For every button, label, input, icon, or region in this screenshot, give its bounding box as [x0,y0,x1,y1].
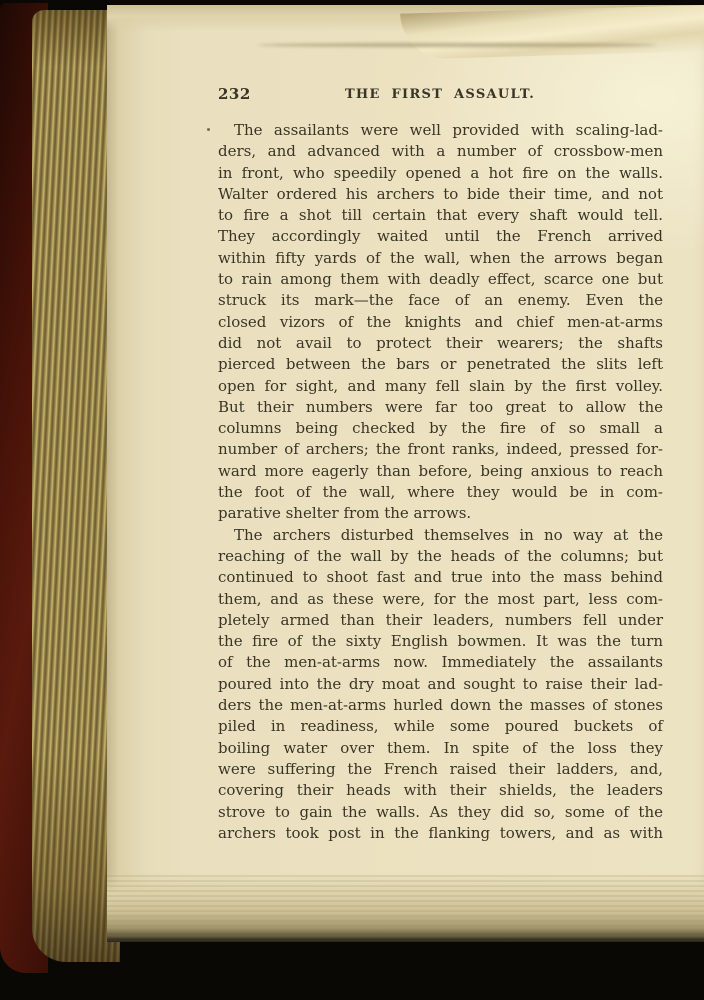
text-line: parative shelter from the arrows. [218,503,663,524]
text-line: struck its mark—the face of an enemy. Ev… [218,290,663,311]
page-bottom-edges [107,872,704,942]
text-line: the fire of the sixty English bowmen. It… [218,631,663,652]
text-line: pierced between the bars or penetrated t… [218,354,663,375]
text-line: Walter ordered his archers to bide their… [218,184,663,205]
text-line: piled in readiness, while some poured bu… [218,716,663,737]
text-line: covering their heads with their shields,… [218,780,663,801]
text-line: to rain among them with deadly effect, s… [218,269,663,290]
text-line: ward more eagerly than before, being anx… [218,461,663,482]
text-line: them, and as these were, for the most pa… [218,589,663,610]
text-line: The assailants were well provided with s… [218,120,663,141]
text-line: strove to gain the walls. As they did so… [218,802,663,823]
ink-speck [207,128,210,131]
text-line: ders the men-at-arms hurled down the mas… [218,695,663,716]
text-line: in front, who speedily opened a hot fire… [218,163,663,184]
text-line: The archers disturbed themselves in no w… [218,525,663,546]
paragraph: The archers disturbed themselves in no w… [218,525,663,844]
running-head: 232 THE FIRST ASSAULT. [218,85,662,103]
text-line: did not avail to protect their wearers; … [218,333,663,354]
text-line: boiling water over them. In spite of the… [218,738,663,759]
paragraph: The assailants were well provided with s… [218,120,663,525]
text-line: closed vizors of the knights and chief m… [218,312,663,333]
running-header-title: THE FIRST ASSAULT. [218,85,662,102]
text-line: to fire a shot till certain that every s… [218,205,663,226]
text-line: reaching of the wall by the heads of the… [218,546,663,567]
page-curl-shadow [257,43,657,47]
page-number: 232 [218,85,251,103]
text-line: of the men-at-arms now. Immediately the … [218,652,663,673]
text-line: archers took post in the flanking towers… [218,823,663,844]
text-line: columns being checked by the fire of so … [218,418,663,439]
text-line: within fifty yards of the wall, when the… [218,248,663,269]
page-text: The assailants were well provided with s… [218,120,663,844]
text-line: were suffering the French raised their l… [218,759,663,780]
text-line: number of archers; the front ranks, inde… [218,439,663,460]
text-line: pletely armed than their leaders, number… [218,610,663,631]
text-line: But their numbers were far too great to … [218,397,663,418]
book-page: 232 THE FIRST ASSAULT. The assailants we… [107,5,704,942]
text-line: open for sight, and many fell slain by t… [218,376,663,397]
page-curl-highlight [400,5,704,60]
text-line: They accordingly waited until the French… [218,226,663,247]
book-photo: 232 THE FIRST ASSAULT. The assailants we… [0,0,704,1000]
text-line: poured into the dry moat and sought to r… [218,674,663,695]
text-line: ders, and advanced with a number of cros… [218,141,663,162]
text-line: continued to shoot fast and true into th… [218,567,663,588]
text-line: the foot of the wall, where they would b… [218,482,663,503]
